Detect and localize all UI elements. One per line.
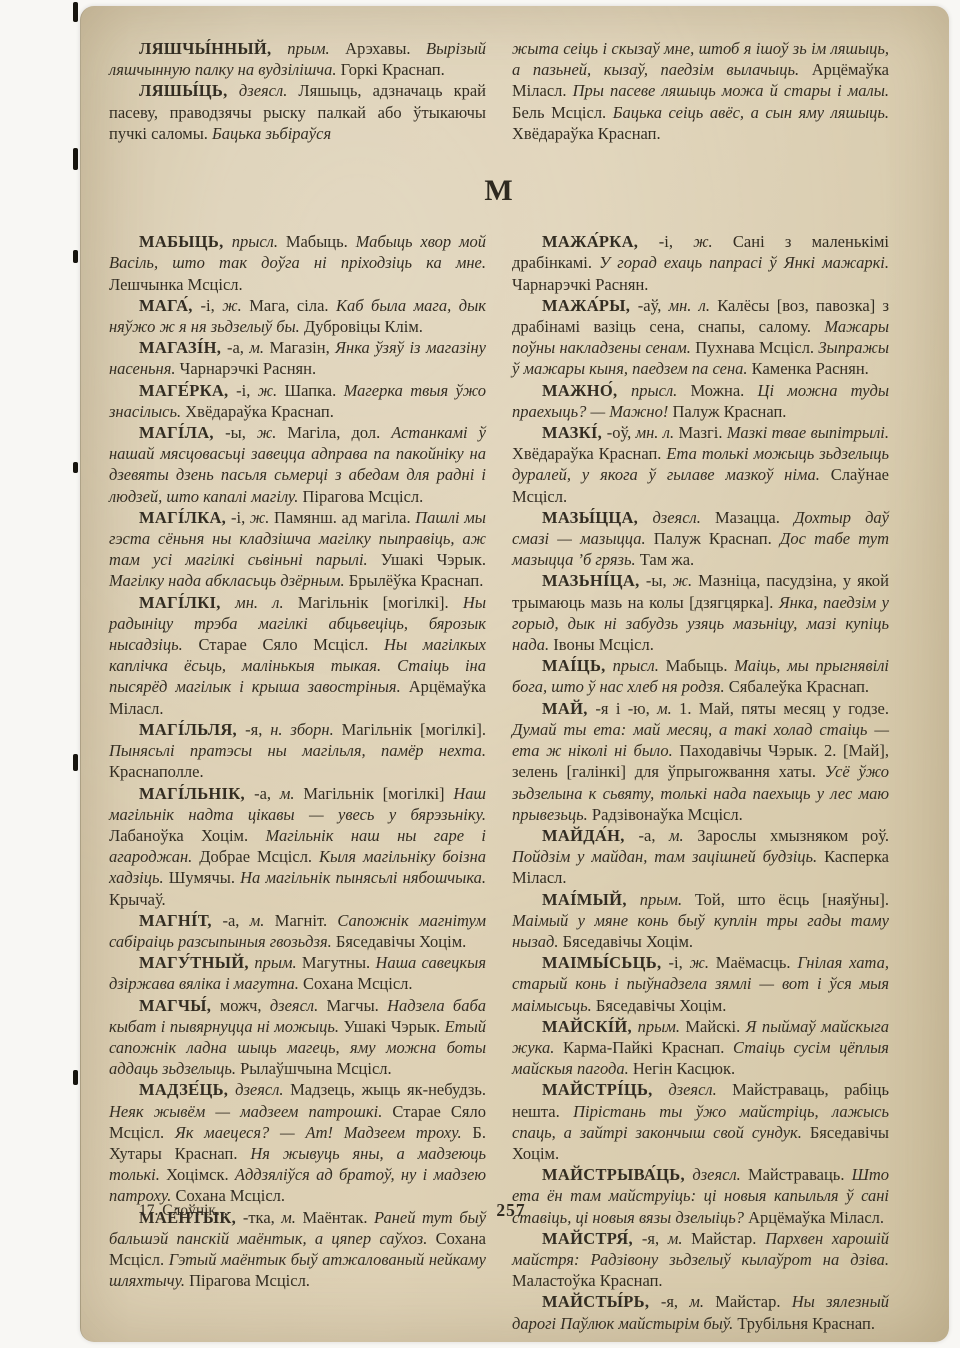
entry-headword: МАЙСКІ́Й,	[542, 1017, 638, 1036]
top-right-column: жыта сеіць і скызаў мне, штоб я ішоў зь …	[512, 38, 889, 144]
entry-plain-text: -і,	[659, 232, 693, 251]
dictionary-entry: МАГІ́ЛКА, -і, ж. Памянш. ад магіла. Пашл…	[109, 507, 486, 592]
entry-plain-text: -і,	[201, 296, 223, 315]
entry-italic-text: У горад ехаць папрасі ў Янкі мажаркі.	[599, 253, 889, 272]
entry-plain-text: Краснаполле.	[109, 762, 204, 781]
entry-headword: МАЗКІ́,	[542, 423, 607, 442]
entry-italic-text: мн. л.	[669, 296, 718, 315]
entry-plain-text: Майстар.	[691, 1229, 765, 1248]
entry-italic-text: прым.	[254, 953, 302, 972]
entry-plain-text: Добрае Мсцісл.	[199, 847, 319, 866]
entry-plain-text: Майскі.	[685, 1017, 745, 1036]
entry-headword: МАІ́ЦЬ,	[542, 656, 613, 675]
entry-headword: МАЗЫ́ЦЦА,	[542, 508, 652, 527]
entry-plain-text: -а,	[222, 911, 249, 930]
entry-headword: МАГЧЫ́,	[139, 996, 220, 1015]
entry-plain-text: Бяседавічы Хоцім.	[596, 996, 726, 1015]
dictionary-entry: МАЙСТРЯ́, -я, м. Майстар. Пархвен хароші…	[512, 1228, 889, 1292]
entry-plain-text: -і,	[236, 381, 258, 400]
dictionary-entry: МАГАЗІ́Н, -а, м. Магазін, Янка ўзяў із м…	[109, 337, 486, 379]
entry-plain-text: Магільнік [могілкі]	[303, 784, 453, 803]
entry-plain-text: Мазгі.	[678, 423, 726, 442]
entry-italic-text: дзеясл.	[652, 508, 714, 527]
entry-plain-text: Памянш. ад магіла.	[274, 508, 415, 527]
entry-plain-text: Магіла, дол.	[287, 423, 391, 442]
entry-italic-text: дзеясл.	[668, 1080, 732, 1099]
entry-italic-text: прысл.	[232, 232, 286, 251]
entry-plain-text: Хвёдараўка Краснап.	[512, 444, 666, 463]
entry-plain-text: Пірагова Мсцісл.	[189, 1271, 310, 1290]
entry-plain-text: Рылаўшчына Мсцісл.	[240, 1059, 392, 1078]
entry-plain-text: Маластоўка Краснап.	[512, 1271, 663, 1290]
dictionary-entry: МАГЕ́РКА, -і, ж. Шапка. Магерка твыя ўжо…	[109, 380, 486, 422]
dictionary-entry: МАЖНО́, прысл. Можна. Ці можна туды прае…	[512, 380, 889, 422]
entry-plain-text: Лабаноўка Хоцім.	[109, 826, 265, 845]
dictionary-entry: МАЙСТЫ́РЬ, -я, м. Майстар. Ны зялезный д…	[512, 1291, 889, 1333]
entry-plain-text: Хвёдараўка Краснап.	[185, 402, 334, 421]
entry-plain-text: -і,	[668, 953, 689, 972]
page-number: 257	[496, 1200, 525, 1221]
entry-plain-text: Магазін,	[270, 338, 336, 357]
entry-plain-text: Ушакі Чэрык.	[381, 550, 486, 569]
page-edge-mark	[73, 2, 78, 22]
entry-plain-text: Бяседавічы Хоцім.	[336, 932, 466, 951]
entry-plain-text: Крычаў.	[109, 890, 166, 909]
entry-headword: МАГА́,	[139, 296, 201, 315]
entry-plain-text: Мага, сіла.	[249, 296, 336, 315]
entry-plain-text: Брылёўка Краснап.	[349, 571, 484, 590]
top-continuation-section: ЛЯШЧЫ́ННЫЙ, прым. Арэхавы. Вырізый ляшчы…	[109, 38, 889, 144]
dictionary-entry: МАЙ, -я і -ю, м. 1. Май, пяты месяц у го…	[512, 698, 889, 825]
entry-plain-text: Магчы.	[327, 996, 388, 1015]
dictionary-entry: МАЗЫ́ЦЦА, дзеясл. Мазацца. Дохтыр даў см…	[512, 507, 889, 571]
entry-plain-text: Арэхавы.	[345, 39, 426, 58]
entry-headword: МАЙСТРЯ́,	[542, 1229, 642, 1248]
entry-headword: МАЙ,	[542, 699, 595, 718]
entry-plain-text: Можна.	[691, 381, 758, 400]
entry-plain-text: Карма-Пайкі Краснап.	[563, 1038, 733, 1057]
dictionary-entry: МАГІ́ЛКІ, мн. л. Магільнік [могілкі]. Ны…	[109, 592, 486, 719]
dictionary-entry: МАГЧЫ́, можч, дзеясл. Магчы. Надзела баб…	[109, 995, 486, 1080]
entry-italic-text: Бацька сеіць авёс, а сын яму ляшыць.	[613, 103, 889, 122]
entry-italic-text: м.	[249, 338, 269, 357]
entry-headword: МАГУ́ТНЫЙ,	[139, 953, 254, 972]
entry-italic-text: м.	[250, 911, 275, 930]
dictionary-entry: МАЙСКІ́Й, прым. Майскі. Я пыймаў майскыг…	[512, 1016, 889, 1080]
entry-plain-text: -я,	[245, 720, 270, 739]
entry-plain-text: Магільнік [могілкі].	[342, 720, 486, 739]
entry-headword: МАЙСТЫ́РЬ,	[542, 1292, 661, 1311]
dictionary-entry: МАЖА́РКА, -і, ж. Сані з маленькімі драбі…	[512, 231, 889, 295]
entry-italic-text: ж.	[257, 423, 288, 442]
entry-italic-text: дзеясл.	[235, 1080, 290, 1099]
entry-headword: МАЗЬНІ́ЦА,	[542, 571, 646, 590]
entry-italic-text: ж.	[222, 296, 249, 315]
entry-italic-text: ж.	[258, 381, 285, 400]
dictionary-entry: МАІ́ЦЬ, прысл. Мабыць. Маіць, мы прыгняв…	[512, 655, 889, 697]
dictionary-entry: МАЙДА́Н, -а, м. Зарослы хмызняком роў. П…	[512, 825, 889, 889]
dictionary-entry: МАГІ́ЛЬЛЯ, -я, н. зборн. Магільнік [могі…	[109, 719, 486, 783]
entry-italic-text: Мазкі твае выпітрылі.	[727, 423, 889, 442]
entry-italic-text: Як маецеся? — Ат! Мадзеем троху.	[175, 1123, 473, 1142]
entry-plain-text: -і,	[231, 508, 250, 527]
page-edge-mark	[73, 462, 78, 473]
dictionary-entry: МАІМЫ́СЬЦЬ, -і, ж. Маёмасць. Гнілая хата…	[512, 952, 889, 1016]
entry-plain-text: 1. Май, пяты месяц у годзе.	[679, 699, 889, 718]
entry-headword: МАІ́МЫЙ,	[542, 890, 640, 909]
entry-plain-text: Негін Касцюк.	[633, 1059, 735, 1078]
entry-italic-text: мн. л.	[636, 423, 679, 442]
dictionary-entry: МАГА́, -і, ж. Мага, сіла. Каб была мага,…	[109, 295, 486, 337]
entry-plain-text: Шапка.	[284, 381, 343, 400]
dictionary-entry: МАБЫЦЬ, прысл. Мабыць. Мабыць хвор мой В…	[109, 231, 486, 295]
entry-plain-text: Горкі Краснап.	[341, 60, 445, 79]
entry-plain-text: Майстар.	[715, 1292, 792, 1311]
entry-plain-text: Мазацца.	[715, 508, 794, 527]
entry-italic-text: ж.	[690, 953, 716, 972]
print-signature: 17. Слоўнік...	[139, 1202, 228, 1220]
entry-italic-text: ж.	[250, 508, 274, 527]
entry-plain-text: Там жа.	[640, 550, 694, 569]
entry-italic-text: м.	[689, 1292, 715, 1311]
entry-plain-text: Чарнарэчкі Раснян.	[180, 359, 316, 378]
entry-headword: МАБЫЦЬ,	[139, 232, 232, 251]
dictionary-entry: МАГНІ́Т, -а, м. Магніт. Сапожнік магніту…	[109, 910, 486, 952]
entry-plain-text: Бяседавічы Хоцім.	[563, 932, 693, 951]
entry-plain-text: Шумячы.	[169, 868, 240, 887]
entry-headword: МАЙДА́Н,	[542, 826, 639, 845]
left-column: МАБЫЦЬ, прысл. Мабыць. Мабыць хвор мой В…	[109, 231, 486, 1291]
entry-italic-text: дзеясл.	[692, 1165, 748, 1184]
entry-italic-text: Магілку нада абкласьць дзёрным.	[109, 571, 349, 590]
entry-italic-text: Пры пасеве ляшыць можа й стары і малы.	[573, 81, 889, 100]
dictionary-entry: МАДЗЕ́ЦЬ, дзеясл. Мадзець, жыць як-небуд…	[109, 1079, 486, 1206]
entry-plain-text: -а,	[639, 826, 670, 845]
entry-italic-text: Пынясьлі пратэсы ны магільля, памёр нехт…	[109, 741, 486, 760]
entry-headword: МАГІ́ЛЬНІК,	[139, 784, 254, 803]
page-edge-mark	[73, 754, 78, 771]
entry-italic-text: мн. л.	[235, 593, 298, 612]
entry-plain-text: Мабыць.	[286, 232, 356, 251]
entries-section: МАБЫЦЬ, прысл. Мабыць. Мабыць хвор мой В…	[109, 231, 889, 1334]
entry-plain-text: -ы,	[225, 423, 257, 442]
entry-headword: МАГІ́ЛА,	[139, 423, 225, 442]
page-edge-mark	[73, 1070, 78, 1085]
entry-italic-text: прым.	[638, 1017, 686, 1036]
entry-plain-text: Палуж Краснап.	[654, 529, 780, 548]
entry-headword: МАЖНО́,	[542, 381, 631, 400]
entry-italic-text: На магільнік пынясьлі нябошчыка.	[240, 868, 486, 887]
dictionary-entry: ЛЯШЫ́ЦЬ, дзеясл. Ляшыць, адзначаць край …	[109, 80, 486, 144]
entry-plain-text: Мабыць.	[666, 656, 735, 675]
page-edge-mark	[73, 250, 78, 263]
entry-headword: МАГІ́ЛКІ,	[139, 593, 235, 612]
entry-plain-text: Чарнарэчкі Раснян.	[512, 275, 648, 294]
entry-plain-text: Мадзець, жыць як-небудзь.	[290, 1080, 486, 1099]
entry-plain-text: Зарослы хмызняком роў.	[697, 826, 889, 845]
entry-plain-text: Бель Мсцісл.	[512, 103, 613, 122]
entry-italic-text: м.	[280, 784, 303, 803]
entry-plain-text: -я,	[642, 1229, 668, 1248]
entry-plain-text: -аў,	[638, 296, 669, 315]
entry-plain-text: Маёмасць.	[716, 953, 798, 972]
dictionary-entry: МАГІ́ЛЬНІК, -а, м. Магільнік [могілкі] Н…	[109, 783, 486, 910]
entry-italic-text: ж.	[693, 232, 733, 251]
entry-plain-text: можч,	[220, 996, 270, 1015]
entry-headword: МАГЕ́РКА,	[139, 381, 236, 400]
entry-italic-text: н. зборн.	[270, 720, 341, 739]
entry-plain-text: Пірагова Мсцісл.	[302, 487, 423, 506]
dictionary-entry: ЛЯШЧЫ́ННЫЙ, прым. Арэхавы. Вырізый ляшчы…	[109, 38, 486, 80]
entry-headword: МАЙСТРІ́ЦЬ,	[542, 1080, 668, 1099]
entry-plain-text: Івоны Мсцісл.	[553, 635, 654, 654]
entry-headword: МАДЗЕ́ЦЬ,	[139, 1080, 235, 1099]
entry-headword: МАЖА́РКА,	[542, 232, 659, 251]
entry-plain-text: Магутны.	[302, 953, 376, 972]
entry-headword: МАГНІ́Т,	[139, 911, 222, 930]
entry-headword: МАГІ́ЛКА,	[139, 508, 231, 527]
dictionary-entry: МАГІ́ЛА, -ы, ж. Магіла, дол. Астанкамі ў…	[109, 422, 486, 507]
section-letter: М	[109, 180, 889, 201]
entry-plain-text: Радзівонаўка Мсцісл.	[592, 805, 743, 824]
top-left-column: ЛЯШЧЫ́ННЫЙ, прым. Арэхавы. Вырізый ляшчы…	[109, 38, 486, 144]
dictionary-entry: МАЗЬНІ́ЦА, -ы, ж. Мазніца, пасудзіна, у …	[512, 570, 889, 655]
entry-plain-text: Лешчынка Мсцісл.	[109, 275, 243, 294]
dictionary-entry: МАЖА́РЫ, -аў, мн. л. Калёсы [воз, павозк…	[512, 295, 889, 380]
entry-headword: ЛЯШЧЫ́ННЫЙ,	[139, 39, 287, 58]
entry-plain-text: Магніт.	[275, 911, 338, 930]
dictionary-entry: МАЗКІ́, -оў, мн. л. Мазгі. Мазкі твае вы…	[512, 422, 889, 507]
entry-headword: МАГАЗІ́Н,	[139, 338, 227, 357]
entry-plain-text: -я,	[661, 1292, 689, 1311]
entry-headword: МАЖА́РЫ,	[542, 296, 638, 315]
dictionary-page: ЛЯШЧЫ́ННЫЙ, прым. Арэхавы. Вырізый ляшчы…	[80, 6, 949, 1342]
entry-italic-text: Бацька зьбіраўся	[212, 124, 331, 143]
entry-italic-text: прысл.	[631, 381, 691, 400]
entry-italic-text: дзеясл.	[270, 996, 327, 1015]
entry-plain-text: Сябалеўка Краснап.	[729, 677, 869, 696]
dictionary-entry: МАГУ́ТНЫЙ, прым. Магутны. Наша савецкыя …	[109, 952, 486, 994]
entry-plain-text: Дубровіцы Клім.	[304, 317, 423, 336]
entry-plain-text: Магільнік [могілкі].	[298, 593, 463, 612]
entry-plain-text: -а,	[254, 784, 280, 803]
entry-plain-text: -я і -ю,	[595, 699, 657, 718]
entry-plain-text: -оў,	[607, 423, 636, 442]
entry-headword: МАЙСТРЫВА́ЦЬ,	[542, 1165, 692, 1184]
entry-headword: ЛЯШЫ́ЦЬ,	[139, 81, 239, 100]
entry-plain-text: Каменка Раснян.	[752, 359, 869, 378]
entry-italic-text: Пойдзім у майдан, там зацішней будзіць.	[512, 847, 824, 866]
entry-italic-text: прым.	[640, 890, 695, 909]
page-content: ЛЯШЧЫ́ННЫЙ, прым. Арэхавы. Вырізый ляшчы…	[109, 38, 889, 1334]
entry-italic-text: дзеясл.	[239, 81, 299, 100]
entry-italic-text: Неяк жывём — мадзеем патрошкі.	[109, 1102, 392, 1121]
entry-italic-text: ж.	[673, 571, 699, 590]
dictionary-entry: МАІ́МЫЙ, прым. Той, што ёсць [наяўны]. М…	[512, 889, 889, 953]
entry-plain-text: -а,	[227, 338, 249, 357]
entry-headword: МАІМЫ́СЬЦЬ,	[542, 953, 668, 972]
dictionary-entry: МАЙСТРІ́ЦЬ, дзеясл. Майстраваць, рабіць …	[512, 1079, 889, 1164]
entry-plain-text: Старае Сяло Мсцісл.	[198, 635, 384, 654]
entry-plain-text: Хвёдараўка Краснап.	[512, 124, 661, 143]
right-column: МАЖА́РКА, -і, ж. Сані з маленькімі драбі…	[512, 231, 889, 1334]
entry-plain-text: -ы,	[646, 571, 673, 590]
entry-plain-text: Палуж Краснап.	[672, 402, 786, 421]
entry-plain-text: Той, што ёсць [наяўны].	[695, 890, 889, 909]
entry-italic-text: м.	[668, 1229, 691, 1248]
entry-plain-text: Майстраваць.	[748, 1165, 852, 1184]
entry-plain-text: Ушакі Чэрык.	[344, 1017, 445, 1036]
entry-plain-text: Пухнава Мсцісл.	[695, 338, 818, 357]
entry-plain-text: Хоцімск.	[166, 1165, 235, 1184]
page-edge-mark	[73, 148, 78, 170]
dictionary-entry: жыта сеіць і скызаў мне, штоб я ішоў зь …	[512, 38, 889, 144]
page-footer: 17. Слоўнік... 257	[139, 1202, 883, 1226]
entry-plain-text: Сохана Мсцісл.	[303, 974, 413, 993]
entry-italic-text: прысл.	[613, 656, 666, 675]
entry-italic-text: м.	[669, 826, 697, 845]
entry-italic-text: м.	[657, 699, 679, 718]
entry-italic-text: прым.	[287, 39, 345, 58]
entry-plain-text: Трубільня Краснап.	[737, 1314, 875, 1333]
entry-headword: МАГІ́ЛЬЛЯ,	[139, 720, 245, 739]
